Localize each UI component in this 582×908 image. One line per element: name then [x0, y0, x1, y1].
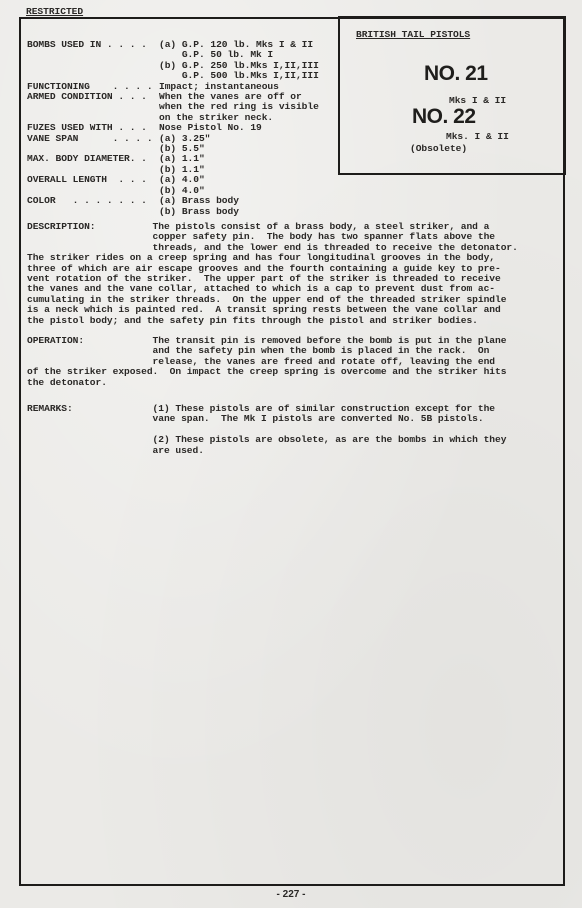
page-number: - 227 -	[0, 889, 582, 900]
description-text: The pistols consist of a brass body, a s…	[27, 222, 518, 326]
spec-label: BOMBS USED IN . . . .	[27, 40, 159, 50]
operation-label: OPERATION:	[27, 336, 84, 346]
spec-label	[27, 50, 159, 60]
spec-value: (b) Brass body	[159, 207, 239, 217]
operation-text: The transit pin is removed before the bo…	[27, 336, 506, 388]
spec-label	[27, 102, 159, 112]
pistol-number-22: NO. 22	[412, 105, 476, 129]
title-heading: BRITISH TAIL PISTOLS	[356, 30, 470, 40]
spec-label: OVERALL LENGTH . . .	[27, 175, 159, 185]
title-box: BRITISH TAIL PISTOLS NO. 21 Mks I & II N…	[338, 16, 566, 175]
spec-label	[27, 61, 159, 71]
spec-label: COLOR . . . . . . .	[27, 196, 159, 206]
spec-list: BOMBS USED IN . . . .(a) G.P. 120 lb. Mk…	[27, 40, 319, 217]
classification-marking: RESTRICTED	[26, 7, 83, 17]
spec-label	[27, 207, 159, 217]
pistol-number-21: NO. 21	[424, 62, 488, 86]
spec-label: MAX. BODY DIAMETER. .	[27, 154, 159, 164]
spec-label: VANE SPAN . . . .	[27, 134, 159, 144]
spec-row: COLOR . . . . . . .(a) Brass body	[27, 196, 319, 206]
description-label: DESCRIPTION:	[27, 222, 96, 232]
pistol-22-marks: Mks. I & II	[446, 132, 509, 142]
remarks-text: (1) These pistols are of similar constru…	[27, 404, 506, 456]
spec-label: ARMED CONDITION . . .	[27, 92, 159, 102]
obsolete-status: (Obsolete)	[410, 144, 467, 154]
spec-value: (a) Brass body	[159, 196, 239, 206]
spec-row-continuation: (b) Brass body	[27, 207, 319, 217]
remarks-label: REMARKS:	[27, 404, 73, 414]
